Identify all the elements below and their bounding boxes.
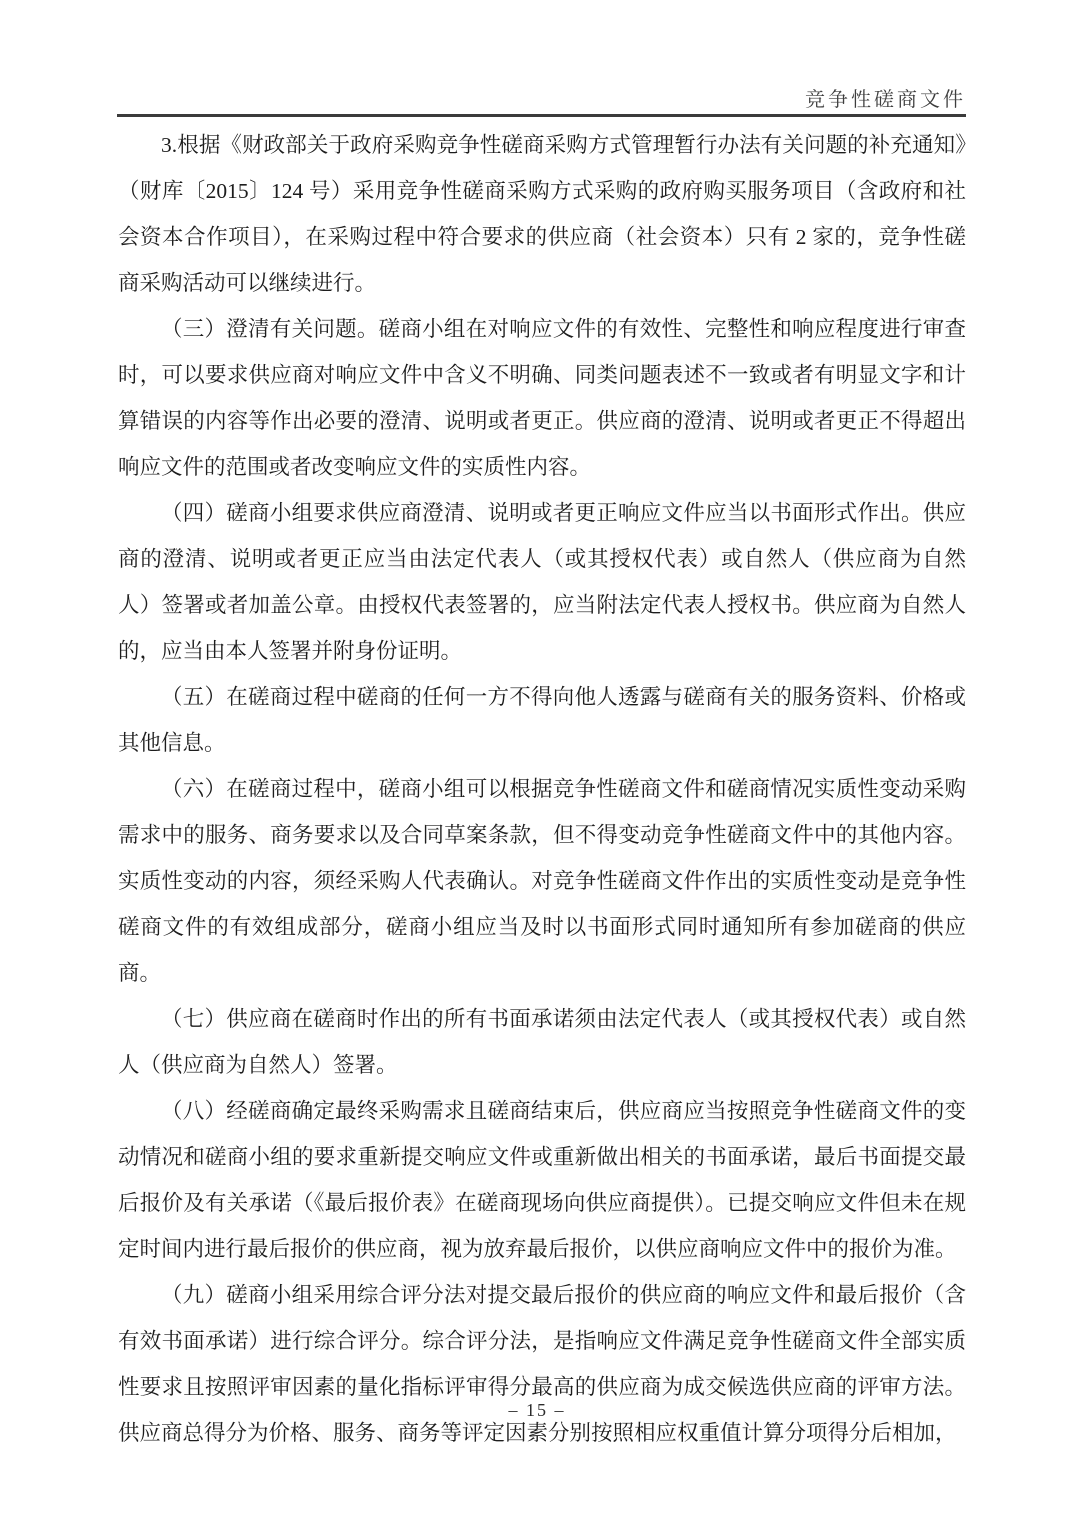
page-header-title: 竞争性磋商文件: [118, 83, 966, 112]
paragraph-supplementary-notice: 3.根据《财政部关于政府采购竞争性磋商采购方式管理暂行办法有关问题的补充通知》（…: [118, 122, 966, 306]
document-page: 竞争性磋商文件 3.根据《财政部关于政府采购竞争性磋商采购方式管理暂行办法有关问…: [0, 0, 1074, 1520]
header-rule: [117, 114, 966, 117]
paragraph-confidentiality: （五）在磋商过程中磋商的任何一方不得向他人透露与磋商有关的服务资料、价格或其他信…: [118, 674, 966, 766]
paragraph-substantive-changes: （六）在磋商过程中，磋商小组可以根据竞争性磋商文件和磋商情况实质性变动采购需求中…: [118, 766, 966, 996]
paragraph-comprehensive-scoring: （九）磋商小组采用综合评分法对提交最后报价的供应商的响应文件和最后报价（含有效书…: [118, 1272, 966, 1456]
paragraph-written-clarification: （四）磋商小组要求供应商澄清、说明或者更正响应文件应当以书面形式作出。供应商的澄…: [118, 490, 966, 674]
page-number: – 15 –: [0, 1400, 1074, 1421]
document-body: 3.根据《财政部关于政府采购竞争性磋商采购方式管理暂行办法有关问题的补充通知》（…: [118, 122, 966, 1456]
paragraph-clarification-issues: （三）澄清有关问题。磋商小组在对响应文件的有效性、完整性和响应程度进行审查时，可…: [118, 306, 966, 490]
paragraph-written-commitments: （七）供应商在磋商时作出的所有书面承诺须由法定代表人（或其授权代表）或自然人（供…: [118, 996, 966, 1088]
paragraph-final-quotation: （八）经磋商确定最终采购需求且磋商结束后，供应商应当按照竞争性磋商文件的变动情况…: [118, 1088, 966, 1272]
